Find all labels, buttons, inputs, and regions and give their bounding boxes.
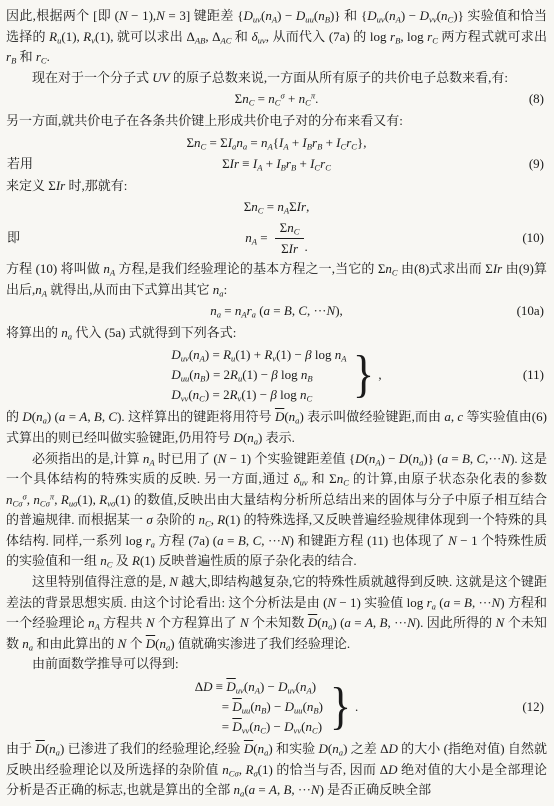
fraction-numerator: ΣnC [275,219,305,239]
equation-10a-label: (10a) [517,301,544,322]
equation-12-lines: ΔD ≡ Duv(nA) − Duv(nA) = Duu(nB) − Duu(n… [195,677,323,737]
para-bond-distance-differences: 因此,根据两个 [即 (N − 1),N = 3] 键距差 {Duv(nA) −… [6,6,547,68]
equation-10-lhs: nA = [245,228,267,249]
equation-10-label: (10) [522,228,544,249]
para-covalent-pair-distribution: 另一方面,就共价电子在各条共价键上形成共价电子对的分布来看又有: [6,111,547,132]
equation-11-line-2: Duu(nB) = 2Ru(1) − β log nB [171,365,312,385]
document-page: 因此,根据两个 [即 (N − 1),N = 3] 键距差 {Duv(nA) −… [0,0,554,806]
equation-9-label: (9) [529,154,544,175]
equation-11: Duv(nA) = Ru(1) + Rv(1) − β log nA Duu(n… [6,345,547,405]
equation-8: ΣnC = nCσ + nCπ. (8) [6,89,547,110]
equation-9-lead: 若用 [7,154,33,175]
equation-8-label: (8) [529,89,544,110]
equation-10-body: nA = ΣnC ΣIr . [245,219,307,258]
equation-11-line-3: Dvv(nC) = 2Rv(1) − β log nC [171,385,312,405]
para-n-larger-structure: 这里特别值得注意的是, N 越大,即结构越复杂,它的特殊性质就越得到反映. 这就… [6,572,547,654]
equation-12-line-3: = Dvv(nC) − Dvv(nC) [195,717,322,737]
equation-sum-nc-body: ΣnC = ΣIana = nA{IA + IBrB + ICrC}, [186,133,366,154]
equation-9: 若用 ΣIr ≡ IA + IBrB + ICrC (9) [6,154,547,175]
equation-11-lines: Duv(nA) = Ru(1) + Rv(1) − β log nA Duu(n… [171,345,346,405]
equation-10a-body: na = nAra (a = B, C, ···N), [210,301,343,322]
equation-10: 即 nA = ΣnC ΣIr . (10) [6,219,547,258]
equation-12-period: . [355,697,358,718]
equation-10-lead: 即 [7,228,20,249]
equation-10-period: . [304,237,307,258]
para-must-point-out: 必须指出的是,计算 nA 时已用了 (N − 1) 个实验键距差值 {D(nA)… [6,449,547,573]
equation-sum-nc: ΣnC = ΣIana = nA{IA + IBrB + ICrC}, [6,133,547,154]
equation-12: ΔD ≡ Duv(nA) − Duv(nA) = Duu(nB) − Duu(n… [6,677,547,737]
equation-12-line-1: ΔD ≡ Duv(nA) − Duv(nA) [195,677,316,697]
equation-12-label: (12) [522,697,544,718]
fraction: ΣnC ΣIr [275,219,305,258]
equation-10a: na = nAra (a = B, C, ···N), (10a) [6,301,547,322]
equation-8-body: ΣnC = nCσ + nCπ. [235,89,319,110]
equation-11-comma: , [378,365,381,386]
para-define-sigma-ir: 来定义 ΣIr 时,那就有: [6,176,547,197]
right-brace: } [353,347,374,403]
fraction-denominator: ΣIr [281,239,298,258]
equation-9-body: ΣIr ≡ IA + IBrB + ICrC [222,154,331,175]
equation-11-line-1: Duv(nA) = Ru(1) + Rv(1) − β log nA [171,345,346,365]
para-delta-d-conclusion: 由于 D(na) 已渗进了我们的经验理论,经验 D(na) 和实验 D(na) … [6,739,547,801]
equation-nc-na-body: ΣnC = nAΣIr, [244,197,310,218]
para-derivation-intro: 由前面数学推导可以得到: [6,654,547,675]
equation-nc-na-sigma-ir: ΣnC = nAΣIr, [6,197,547,218]
para-molecular-formula-intro: 现在对于一个分子式 UV 的原子总数来说,一方面从所有原子的共价电子总数来看,有… [6,68,547,89]
para-na-equation-description: 方程 (10) 将叫做 nA 方程,是我们经验理论的基本方程之一,当它的 ΣnC… [6,259,547,300]
para-empirical-bond-distance: 的 D(na) (a = A, B, C). 这样算出的键距将用符号 D(na)… [6,407,547,448]
para-substitute-5a: 将算出的 na 代入 (5a) 式就得到下列各式: [6,323,547,344]
equation-12-line-2: = Duu(nB) − Duu(nB) [195,697,323,717]
equation-11-label: (11) [523,365,544,386]
right-brace: } [330,679,351,735]
